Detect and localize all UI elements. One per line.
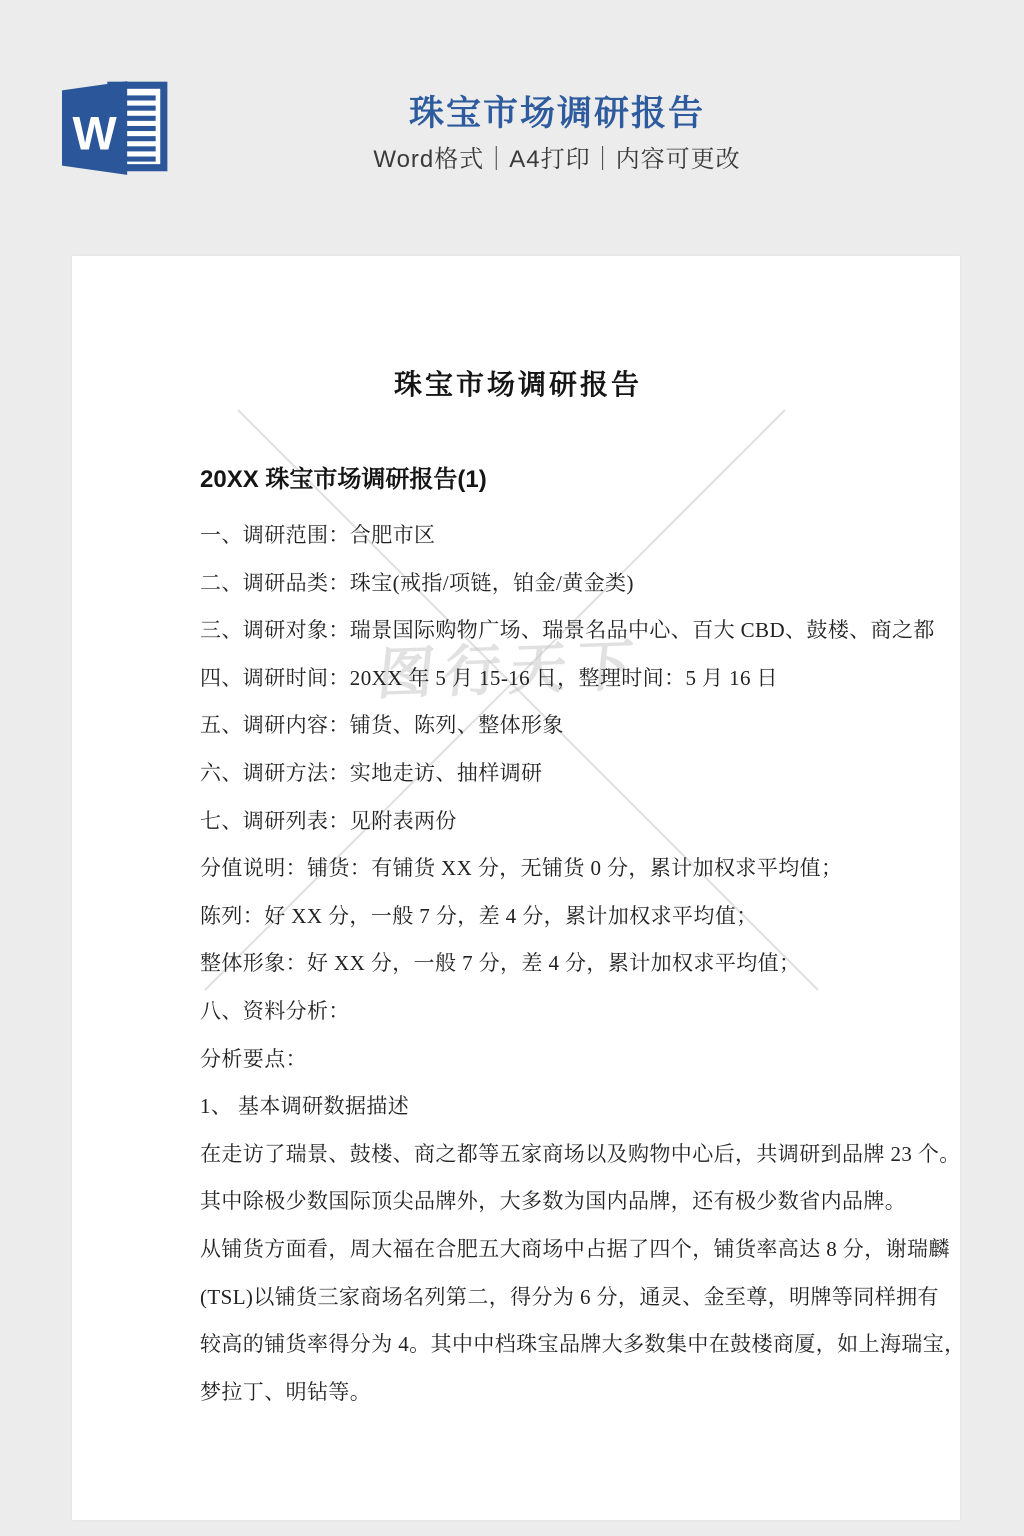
- document-line: 三、调研对象：瑞景国际购物广场、瑞景名品中心、百大 CBD、鼓楼、商之都: [200, 607, 836, 655]
- document-line: (TSL)以铺货三家商场名列第二，得分为 6 分，通灵、金至尊，明牌等同样拥有: [200, 1274, 836, 1322]
- template-title: 珠宝市场调研报告: [90, 92, 1024, 136]
- document-line: 一、调研范围：合肥市区: [200, 512, 836, 560]
- document-line: 整体形象：好 XX 分，一般 7 分，差 4 分，累计加权求平均值；: [200, 940, 836, 988]
- document-line: 七、调研列表：见附表两份: [200, 798, 836, 846]
- document-line: 其中除极少数国际顶尖品牌外，大多数为国内品牌，还有极少数省内品牌。: [200, 1178, 836, 1226]
- document-line: 1、 基本调研数据描述: [200, 1083, 836, 1131]
- document-line: 六、调研方法：实地走访、抽样调研: [200, 750, 836, 798]
- document-line: 分值说明：铺货：有铺货 XX 分，无铺货 0 分，累计加权求平均值；: [200, 845, 836, 893]
- document-line: 八、资料分析：: [200, 988, 836, 1036]
- document-body: 一、调研范围：合肥市区 二、调研品类：珠宝(戒指/项链，铂金/黄金类) 三、调研…: [200, 512, 836, 1416]
- document-line: 较高的铺货率得分为 4。其中中档珠宝品牌大多数集中在鼓楼商厦，如上海瑞宝，: [200, 1321, 836, 1369]
- template-subtitle: Word格式｜A4打印｜内容可更改: [90, 145, 1024, 175]
- header-text-block: 珠宝市场调研报告 Word格式｜A4打印｜内容可更改: [90, 92, 1024, 175]
- document-line: 从铺货方面看，周大福在合肥五大商场中占据了四个，铺货率高达 8 分，谢瑞麟: [200, 1226, 836, 1274]
- document-line: 在走访了瑞景、鼓楼、商之都等五家商场以及购物中心后，共调研到品牌 23 个。: [200, 1131, 836, 1179]
- template-header: W 珠宝市场调研报告 Word格式｜A4打印｜内容可更改: [0, 0, 1024, 256]
- document-page: 图行天下 珠宝市场调研报告 20XX 珠宝市场调研报告(1) 一、调研范围：合肥…: [72, 256, 960, 1520]
- document-line: 分析要点：: [200, 1036, 836, 1084]
- document-line: 二、调研品类：珠宝(戒指/项链，铂金/黄金类): [200, 560, 836, 608]
- document-line: 五、调研内容：铺货、陈列、整体形象: [200, 702, 836, 750]
- document-line: 陈列：好 XX 分，一般 7 分，差 4 分，累计加权求平均值；: [200, 893, 836, 941]
- document-line: 四、调研时间：20XX 年 5 月 15-16 日，整理时间：5 月 16 日: [200, 655, 836, 703]
- document-title: 珠宝市场调研报告: [200, 256, 836, 404]
- document-line: 梦拉丁、明钻等。: [200, 1369, 836, 1417]
- document-heading: 20XX 珠宝市场调研报告(1): [200, 464, 836, 496]
- document-content: 珠宝市场调研报告 20XX 珠宝市场调研报告(1) 一、调研范围：合肥市区 二、…: [200, 256, 836, 1416]
